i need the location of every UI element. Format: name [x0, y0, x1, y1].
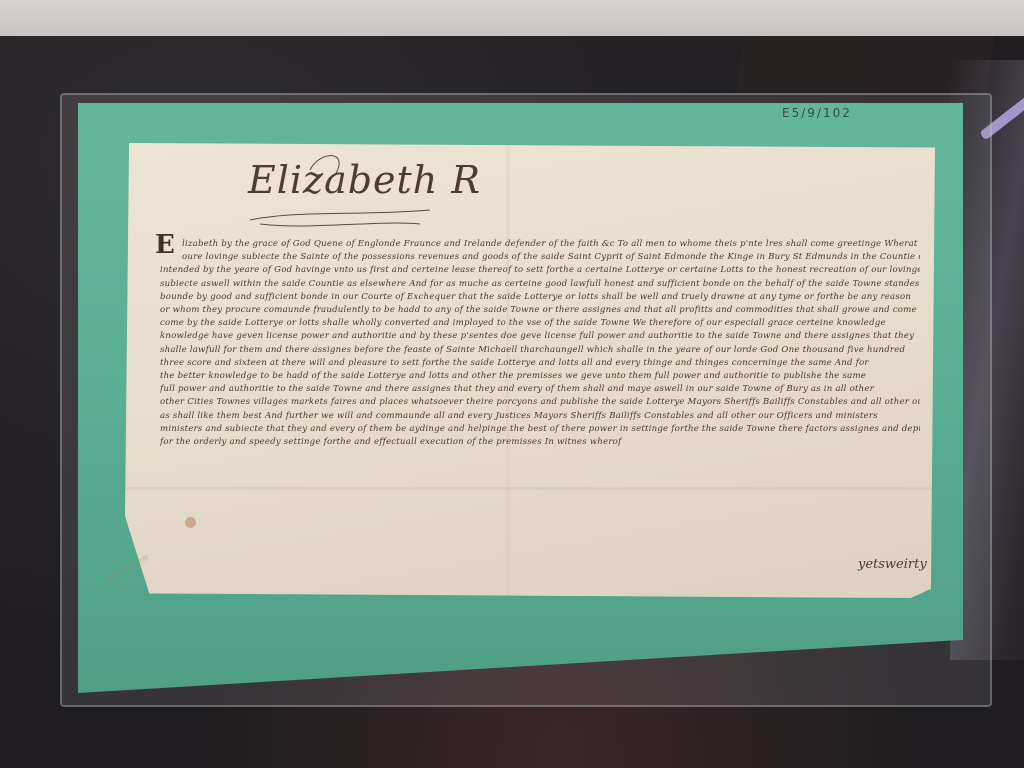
text-line: shalle lawfull for them and there assign… — [160, 344, 920, 357]
folded-corner — [108, 530, 148, 600]
text-line: full power and authoritie to the saide T… — [160, 383, 920, 396]
text-line: other Cities Townes villages markets fai… — [160, 396, 920, 409]
text-line: come by the saide Lotterye or lotts shal… — [160, 317, 920, 330]
text-line: bounde by good and sufficient bonde in o… — [160, 291, 920, 304]
text-line: intended by the yeare of God havinge vnt… — [160, 264, 920, 277]
text-line: three score and sixteen at there will an… — [160, 357, 920, 370]
display-case-top-edge — [0, 0, 1024, 36]
text-line: or whom they procure comaunde fraudulent… — [160, 304, 920, 317]
text-line: knowledge have geven license power and a… — [160, 330, 920, 343]
archive-reference: E5/9/102 — [782, 106, 852, 120]
document-stain — [185, 517, 196, 528]
text-line: subiecte aswell within the saide Countie… — [160, 278, 920, 291]
endorsement-signature: yetsweirty — [858, 557, 927, 572]
document-body: lizabeth by the grace of God Quene of En… — [160, 238, 920, 449]
text-line: as shall like them best And further we w… — [160, 410, 920, 423]
royal-signature: Elizabeth R — [248, 158, 481, 202]
text-line: for the orderly and speedy settinge fort… — [160, 436, 920, 449]
text-line: the better knowledge to be hadd of the s… — [160, 370, 920, 383]
text-line: lizabeth by the grace of God Quene of En… — [160, 238, 920, 251]
text-line: oure lovinge subiecte the Sainte of the … — [160, 251, 920, 264]
text-line: ministers and subiecte that they and eve… — [160, 423, 920, 436]
